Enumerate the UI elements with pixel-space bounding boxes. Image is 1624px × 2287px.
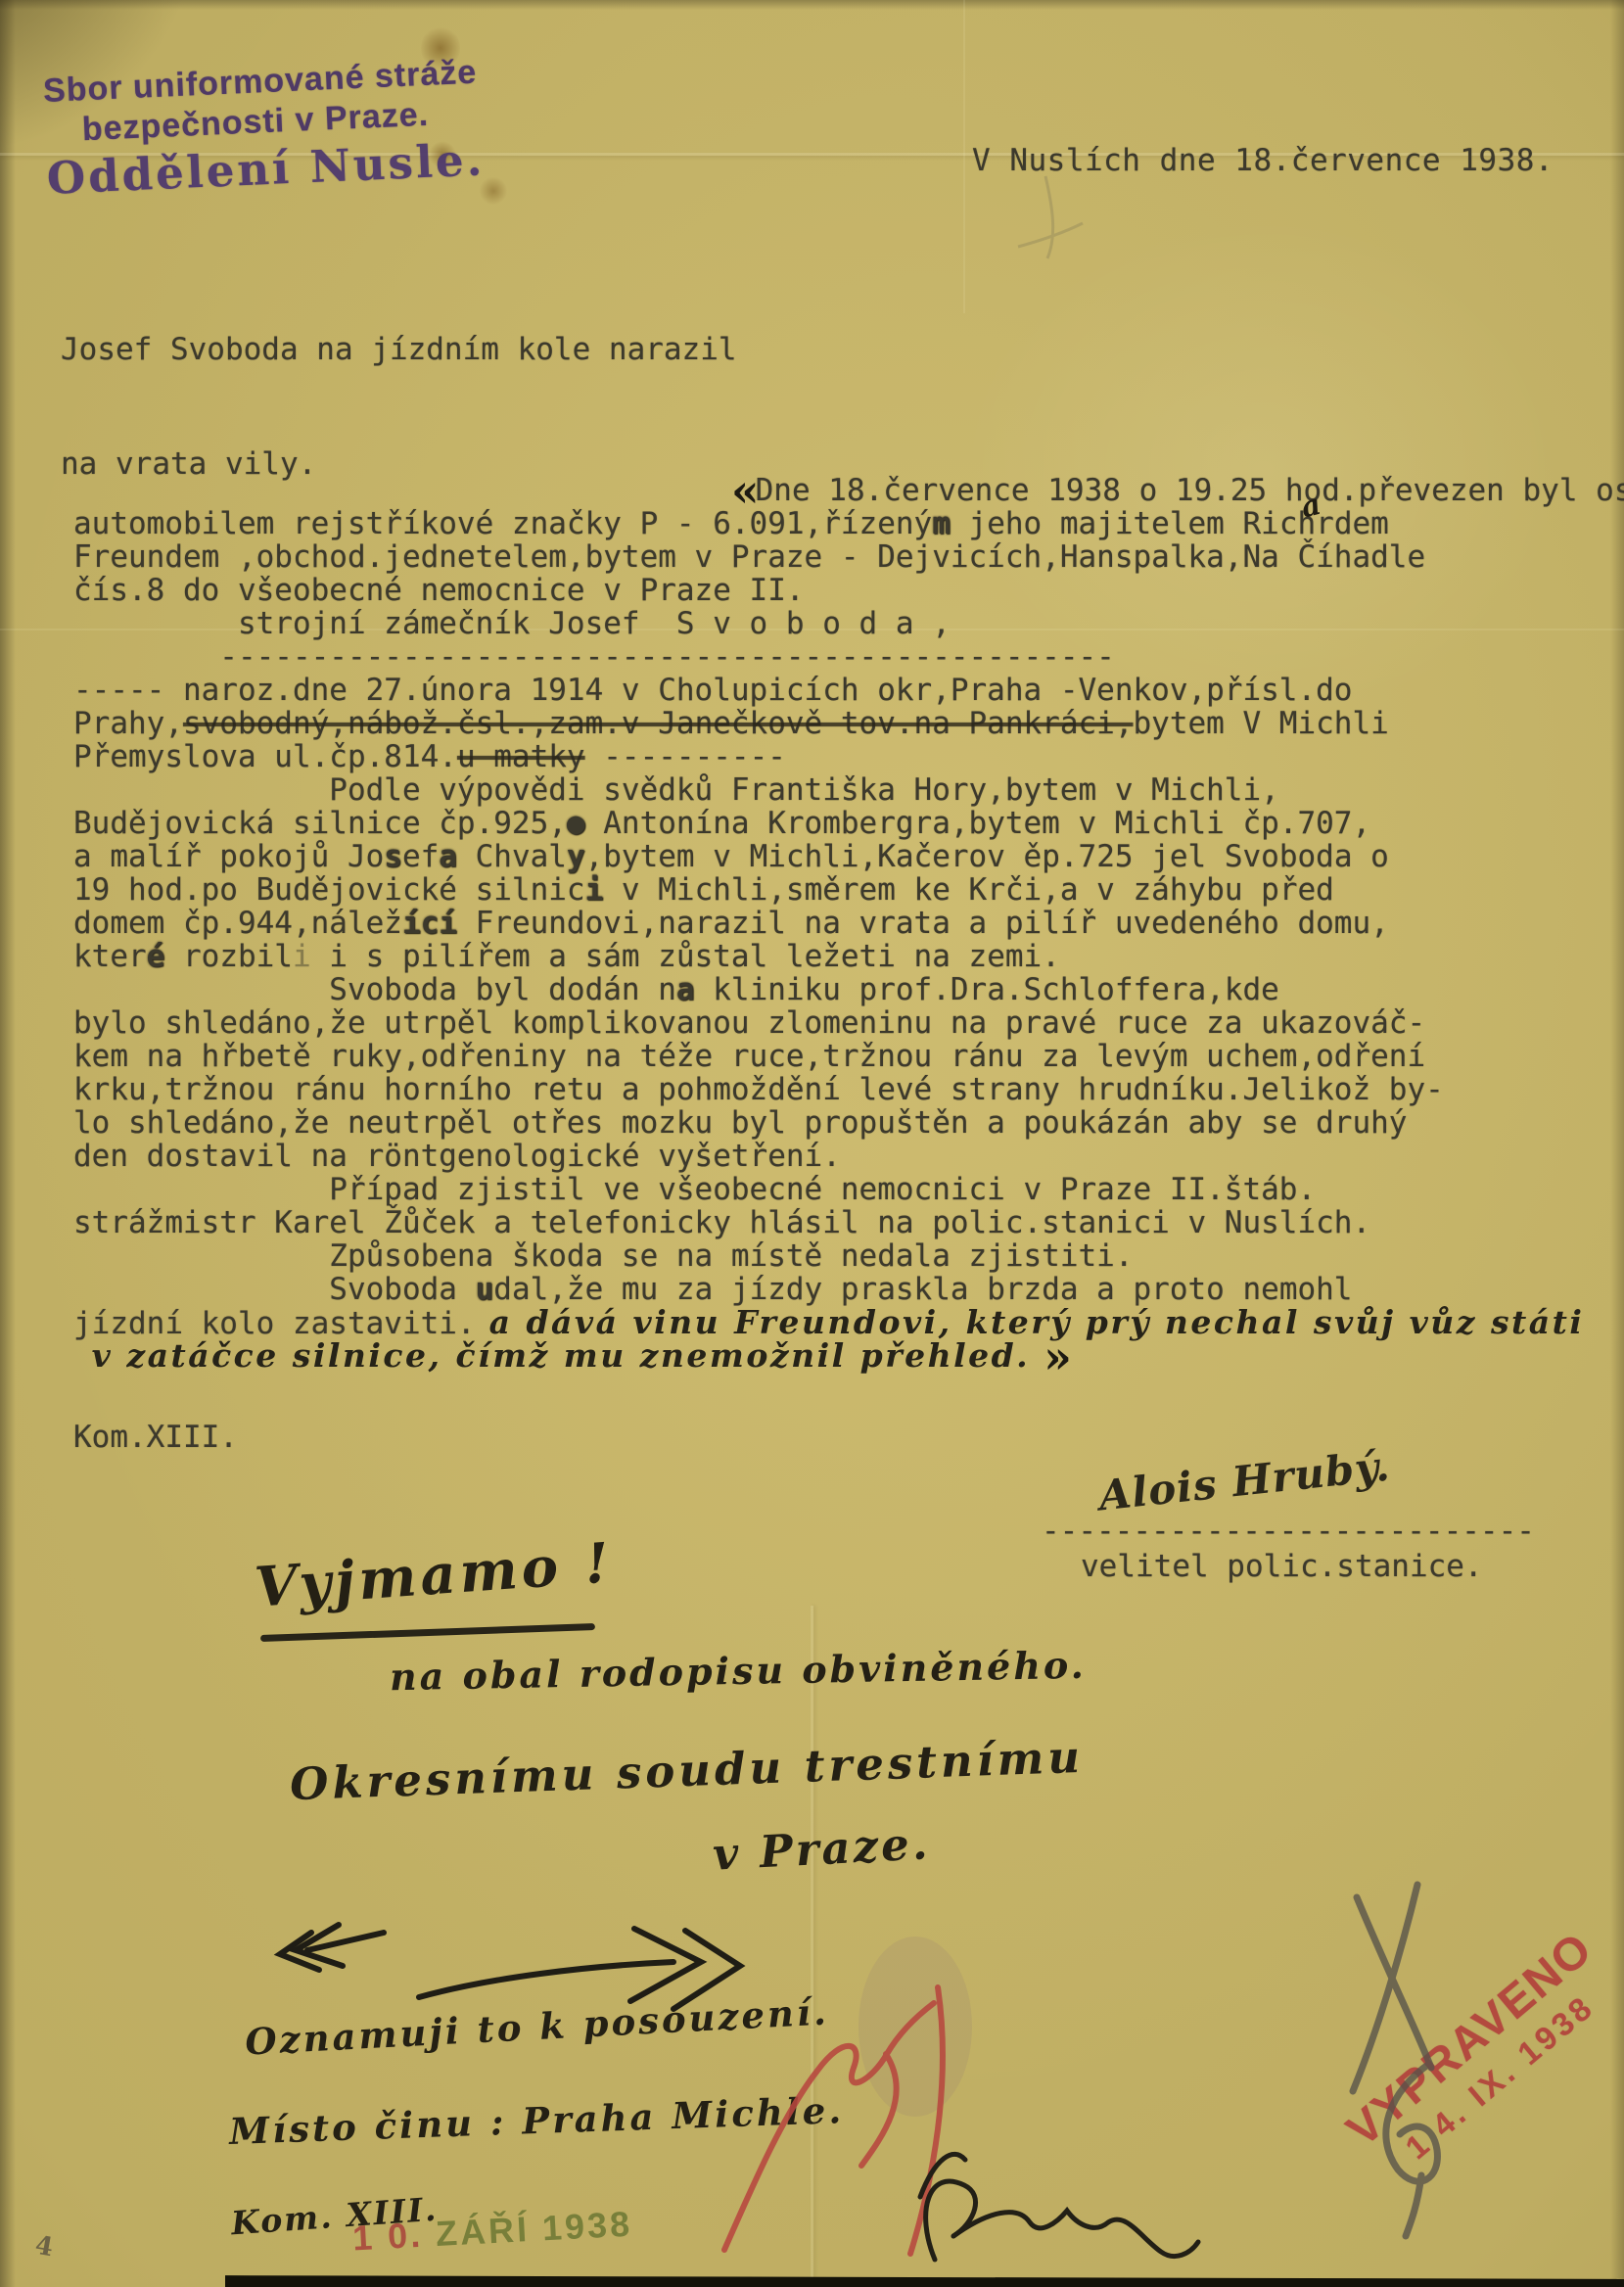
annotation-na-obal: na obal rodopisu obviněného.: [390, 1643, 1087, 1699]
annotation-court-line2: v Praze.: [712, 1817, 932, 1881]
report-line: den dostavil na röntgenologické vyšetřen…: [73, 1140, 1581, 1173]
signature-rule: ---------------------------: [1042, 1514, 1535, 1549]
annotation-underline: [260, 1623, 595, 1642]
report-line: jízdní kolo zastaviti. a dává vinu Freun…: [73, 1306, 1581, 1339]
scan-edge-strip: [225, 2275, 1624, 2287]
arrows-mark: [280, 1925, 740, 2009]
report-line: Svoboda byl dodán na kliniku prof.Dra.Sc…: [73, 973, 1581, 1006]
received-date-month-year: ZÁŘÍ 1938: [435, 2204, 633, 2254]
report-line: strážmistr Karel Žůček a telefonicky hlá…: [73, 1206, 1581, 1239]
report-line: v zatáčce silnice, čímž mu znemožnil pře…: [73, 1339, 1581, 1373]
annotation-vyjmamo: Vyjmamo !: [253, 1530, 615, 1619]
report-line: Prahy,svobodný,nábož.čsl.,zam.v Janečkov…: [73, 707, 1581, 740]
report-line: Případ zjistil ve všeobecné nemocnici v …: [73, 1173, 1581, 1206]
bottom-signature: [920, 2154, 1198, 2260]
report-line: strojní zámečník Josef S v o b o d a ,: [73, 607, 1581, 640]
paper-crease: [811, 1606, 813, 2287]
paper-edge-left: [0, 0, 16, 2287]
report-line: které rozbili i s pilířem a sám zůstal l…: [73, 940, 1581, 973]
commander-signature-name: Alois Hrubý.: [1096, 1442, 1392, 1520]
document-page: Sbor uniformované stráže bezpečnosti v P…: [0, 0, 1624, 2287]
report-line: Způsobena škoda se na místě nedala zjist…: [73, 1239, 1581, 1273]
report-line: čís.8 do všeobecné nemocnice v Praze II.: [73, 574, 1581, 607]
signature-title: velitel polic.stanice.: [1081, 1549, 1483, 1584]
report-line: bylo shledáno,že utrpěl komplikovanou zl…: [73, 1006, 1581, 1040]
report-line: Budějovická silnice čp.925,● Antonína Kr…: [73, 807, 1581, 840]
report-line: domem čp.944,náležící Freundovi,narazil …: [73, 907, 1581, 940]
subject-line1: Josef Svoboda na jízdním kole narazil: [61, 331, 737, 369]
report-line: a malíř pokojů Josefa Chvaly,bytem v Mic…: [73, 840, 1581, 873]
report-line: «Dne 18.července 1938 o 19.25 hod.převez…: [73, 474, 1581, 507]
report-line: Svoboda udal,že mu za jízdy praskla brzd…: [73, 1273, 1581, 1306]
paper-crease: [963, 0, 965, 313]
report-line: lo shledáno,že neutrpěl otřes mozku byl …: [73, 1106, 1581, 1140]
report-line: kem na hřbetě ruky,odřeniny na téže ruce…: [73, 1040, 1581, 1073]
annotation-oznamuji: Oznamuji to k posouzení.: [244, 1989, 830, 2063]
report-line: krku,tržnou ránu horního retu a pohmoždě…: [73, 1073, 1581, 1106]
report-line: Freundem ,obchod.jednetelem,bytem v Praz…: [73, 540, 1581, 574]
annotation-misto-cinu: Místo činu : Praha Michle.: [228, 2088, 844, 2153]
kom-reference: Kom.XIII.: [73, 1420, 238, 1455]
report-line: ----- naroz.dne 27.února 1914 v Cholupic…: [73, 674, 1581, 707]
report-line: 19 hod.po Budějovické silnici v Michli,s…: [73, 873, 1581, 907]
report-body: «Dne 18.července 1938 o 19.25 hod.převez…: [73, 474, 1581, 1373]
vypraveno-stamp: VYPRAVENO 1 4. IX. 1938: [1336, 1901, 1624, 2188]
received-date-day: 1 0.: [351, 2214, 437, 2258]
paper-edge-top: [0, 0, 1624, 10]
faded-stamp-smudge: [858, 1937, 972, 2117]
office-stamp: Sbor uniformované stráže bezpečnosti v P…: [42, 50, 537, 207]
report-line: Podle výpovědi svědků Františka Hory,byt…: [73, 773, 1581, 807]
dateline: V Nuslích dne 18.července 1938.: [972, 143, 1554, 178]
annotation-corner-mark: 4: [33, 2231, 56, 2264]
annotation-court-line1: Okresnímu soudu trestnímu: [289, 1731, 1085, 1810]
report-line: automobilem rejstříkové značky P - 6.091…: [73, 507, 1581, 540]
report-line: ----------------------------------------…: [73, 640, 1581, 674]
report-line: Přemyslova ul.čp.814.u matky ----------: [73, 740, 1581, 773]
